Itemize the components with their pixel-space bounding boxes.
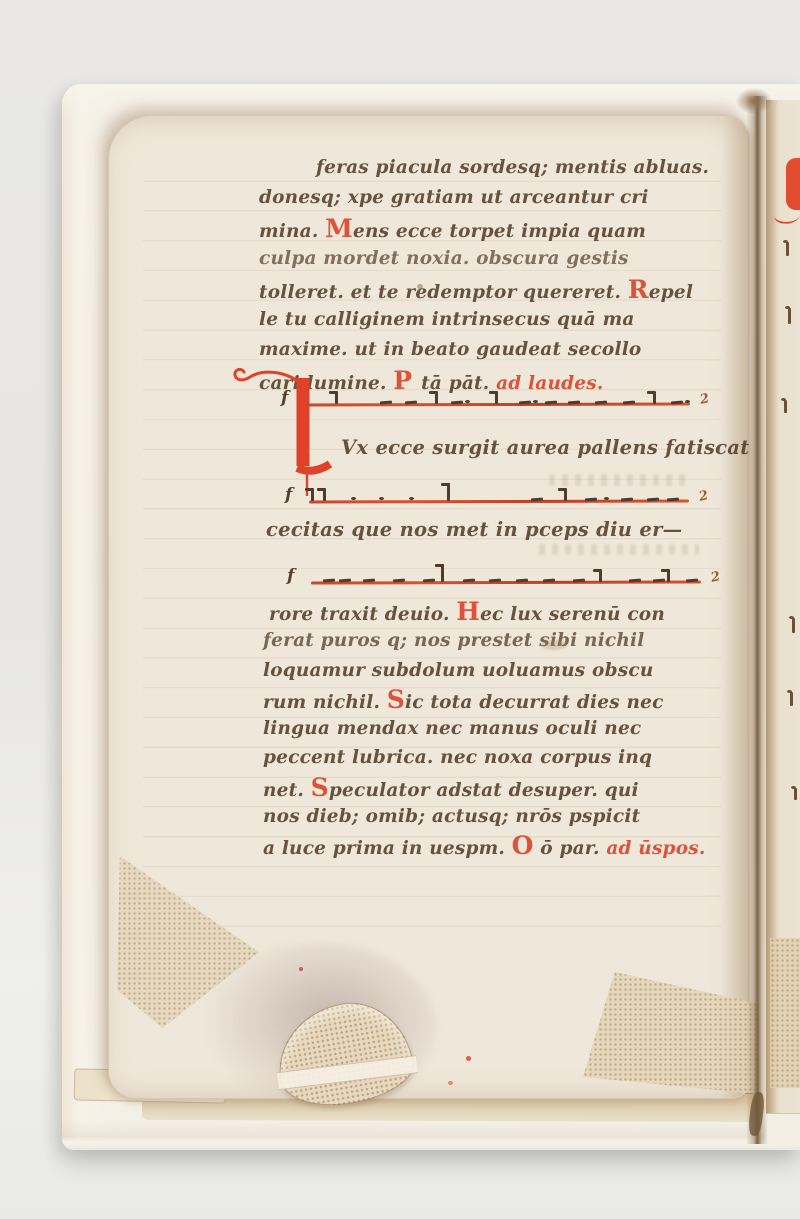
manuscript-text-line: le tu calliginem intrinsecus quā ma <box>259 305 695 335</box>
rubric-segment: S <box>311 773 329 802</box>
neume-mark <box>379 497 384 500</box>
neume-head <box>305 488 313 491</box>
clef-mark: f <box>285 485 292 505</box>
book-cover-bottom-edge <box>62 1120 800 1150</box>
manuscript-photo: feras piacula sordesq; mentis abluas.don… <box>0 0 800 1219</box>
ink-showthrough <box>539 544 699 555</box>
binding-gutter <box>746 96 768 1144</box>
text-segment: ō par. <box>534 838 607 859</box>
text-segment: ic tota decurrat dies nec <box>405 692 664 713</box>
text-segment: le tu calliginem intrinsecus quā ma <box>259 309 635 330</box>
text-segment: rum nichil. <box>263 692 387 713</box>
text-segment: donesq; xpe gratiam ut arceantur cri <box>259 187 649 208</box>
neume-fragment <box>792 618 795 633</box>
music-staff-2: f2 <box>285 487 730 519</box>
text-segment: loquamur subdolum uoluamus obscu <box>263 660 653 681</box>
neume-head <box>661 569 669 572</box>
rubric-segment: O <box>512 831 534 860</box>
ink-showthrough <box>549 474 689 486</box>
neume-head <box>647 391 655 394</box>
text-segment: rore traxit deuio. <box>269 604 456 625</box>
neume-head <box>489 391 497 394</box>
flap-band <box>277 1055 418 1090</box>
manuscript-text-line: ferat puros q; nos prestet sibi nichil <box>263 626 703 655</box>
neume-fragment-dot <box>781 398 786 401</box>
rubric-segment: R <box>628 275 649 304</box>
text-segment: peculator adstat desuper. qui <box>329 780 639 801</box>
gutter-knot <box>736 88 772 114</box>
staff-end-mark: 2 <box>710 569 722 586</box>
text-segment: lingua mendax nec manus oculi nec <box>263 718 641 739</box>
rubric-segment: S <box>387 685 405 714</box>
neume-fragment <box>786 242 789 256</box>
manuscript-text-line: rore traxit deuio. Hec lux serenū con <box>263 597 703 626</box>
neume-fragment <box>788 308 791 324</box>
initial-L-drawing <box>229 366 339 506</box>
book: feras piacula sordesq; mentis abluas.don… <box>62 84 800 1150</box>
manuscript-text-line: lingua mendax nec manus oculi nec <box>263 714 703 743</box>
chant-lyric-2: cecitas que nos met in pceps diu er— <box>266 518 682 541</box>
left-page: feras piacula sordesq; mentis abluas.don… <box>108 115 750 1099</box>
manuscript-text-line: feras piacula sordesq; mentis abluas. <box>259 153 695 183</box>
staff-end-mark: 2 <box>698 488 710 505</box>
manuscript-text-line: a luce prima in uespm. O ō par. ad ūspos… <box>263 831 703 860</box>
text-segment: net. <box>263 780 311 801</box>
neume-head <box>593 569 601 572</box>
book-cover-left-edge <box>62 84 112 1150</box>
neume-mark <box>351 497 356 500</box>
neume-mark <box>533 400 538 403</box>
neume-fragment-dot <box>785 306 790 309</box>
lower-text-block: rore traxit deuio. Hec lux serenū confer… <box>263 597 703 861</box>
text-segment: ens ecce torpet impia quam <box>353 221 646 242</box>
manuscript-text-line: nos dieb; omib; actusq; nrōs pspicit <box>263 802 703 831</box>
neume-head <box>329 391 337 394</box>
clef-mark: f <box>281 388 288 408</box>
recto-page-sliver <box>766 100 800 1144</box>
recto-red-initial-fragment <box>786 158 800 210</box>
neume-mark <box>409 497 414 500</box>
music-staff-3: f2 <box>287 568 732 600</box>
manuscript-text-line: tolleret. et te redemptor quereret. Repe… <box>259 275 695 305</box>
manuscript-text-line: mina. Mens ecce torpet impia quam <box>259 214 695 244</box>
neume-fragment-dot <box>783 240 788 243</box>
text-segment: mina. <box>259 221 325 242</box>
red-speck <box>466 1056 471 1061</box>
text-segment: feras piacula sordesq; mentis abluas. <box>316 157 709 178</box>
rubric-segment: ad ūspos. <box>606 838 705 859</box>
text-segment: epel <box>649 282 693 303</box>
page-gutter-soiling <box>721 116 749 1098</box>
neume-head <box>429 391 437 394</box>
stain-spot <box>541 640 567 650</box>
upper-text-block: feras piacula sordesq; mentis abluas.don… <box>259 153 695 396</box>
text-segment: tolleret. et te redemptor quereret. <box>259 282 628 303</box>
neume-head <box>317 488 325 491</box>
manuscript-text-line: peccent lubrica. nec noxa corpus inq <box>263 743 703 772</box>
neume-head <box>435 564 444 567</box>
manuscript-text-line: donesq; xpe gratiam ut arceantur cri <box>259 183 695 213</box>
text-segment: a luce prima in uespm. <box>263 838 512 859</box>
neume-fragment-dot <box>789 616 794 619</box>
neume-fragment-dot <box>787 690 792 693</box>
sliver-bottom-edge <box>766 1113 800 1144</box>
neume-head <box>441 483 450 486</box>
neume-mark <box>604 497 609 500</box>
text-segment: peccent lubrica. nec noxa corpus inq <box>263 747 652 768</box>
neume-fragment <box>784 400 787 413</box>
text-segment: maxime. ut in beato gaudeat secollo <box>259 339 641 360</box>
sliver-speckled-corner <box>770 938 800 1088</box>
rubric-segment: M <box>325 214 353 243</box>
music-staff-1: f2 <box>281 390 726 422</box>
neume-fragment <box>790 692 793 706</box>
text-segment: ferat puros q; nos prestet sibi nichil <box>263 630 645 651</box>
manuscript-text-line: culpa mordet noxia. obscura gestis <box>259 244 695 274</box>
neume-fragment-dot <box>791 786 796 789</box>
manuscript-text-line: loquamur subdolum uoluamus obscu <box>263 656 703 685</box>
stain-spot <box>417 284 423 289</box>
manuscript-text-line: net. Speculator adstat desuper. qui <box>263 773 703 802</box>
manuscript-text-line: maxime. ut in beato gaudeat secollo <box>259 335 695 365</box>
staff-end-mark: 2 <box>699 391 711 408</box>
text-segment: nos dieb; omib; actusq; nrōs pspicit <box>263 806 640 827</box>
neume-fragment <box>794 788 797 800</box>
neume-mark <box>685 400 690 403</box>
clef-mark: f <box>287 566 294 586</box>
text-segment: ec lux serenū con <box>480 604 665 625</box>
manuscript-text-line: rum nichil. Sic tota decurrat dies nec <box>263 685 703 714</box>
chant-lyric-1: Vx ecce surgit aurea pallens fatiscat <box>341 436 750 459</box>
neume-mark <box>465 400 470 403</box>
red-speck <box>448 1081 453 1085</box>
neume-head <box>558 488 566 491</box>
rubric-segment: H <box>456 597 480 626</box>
text-segment: culpa mordet noxia. obscura gestis <box>259 248 629 269</box>
